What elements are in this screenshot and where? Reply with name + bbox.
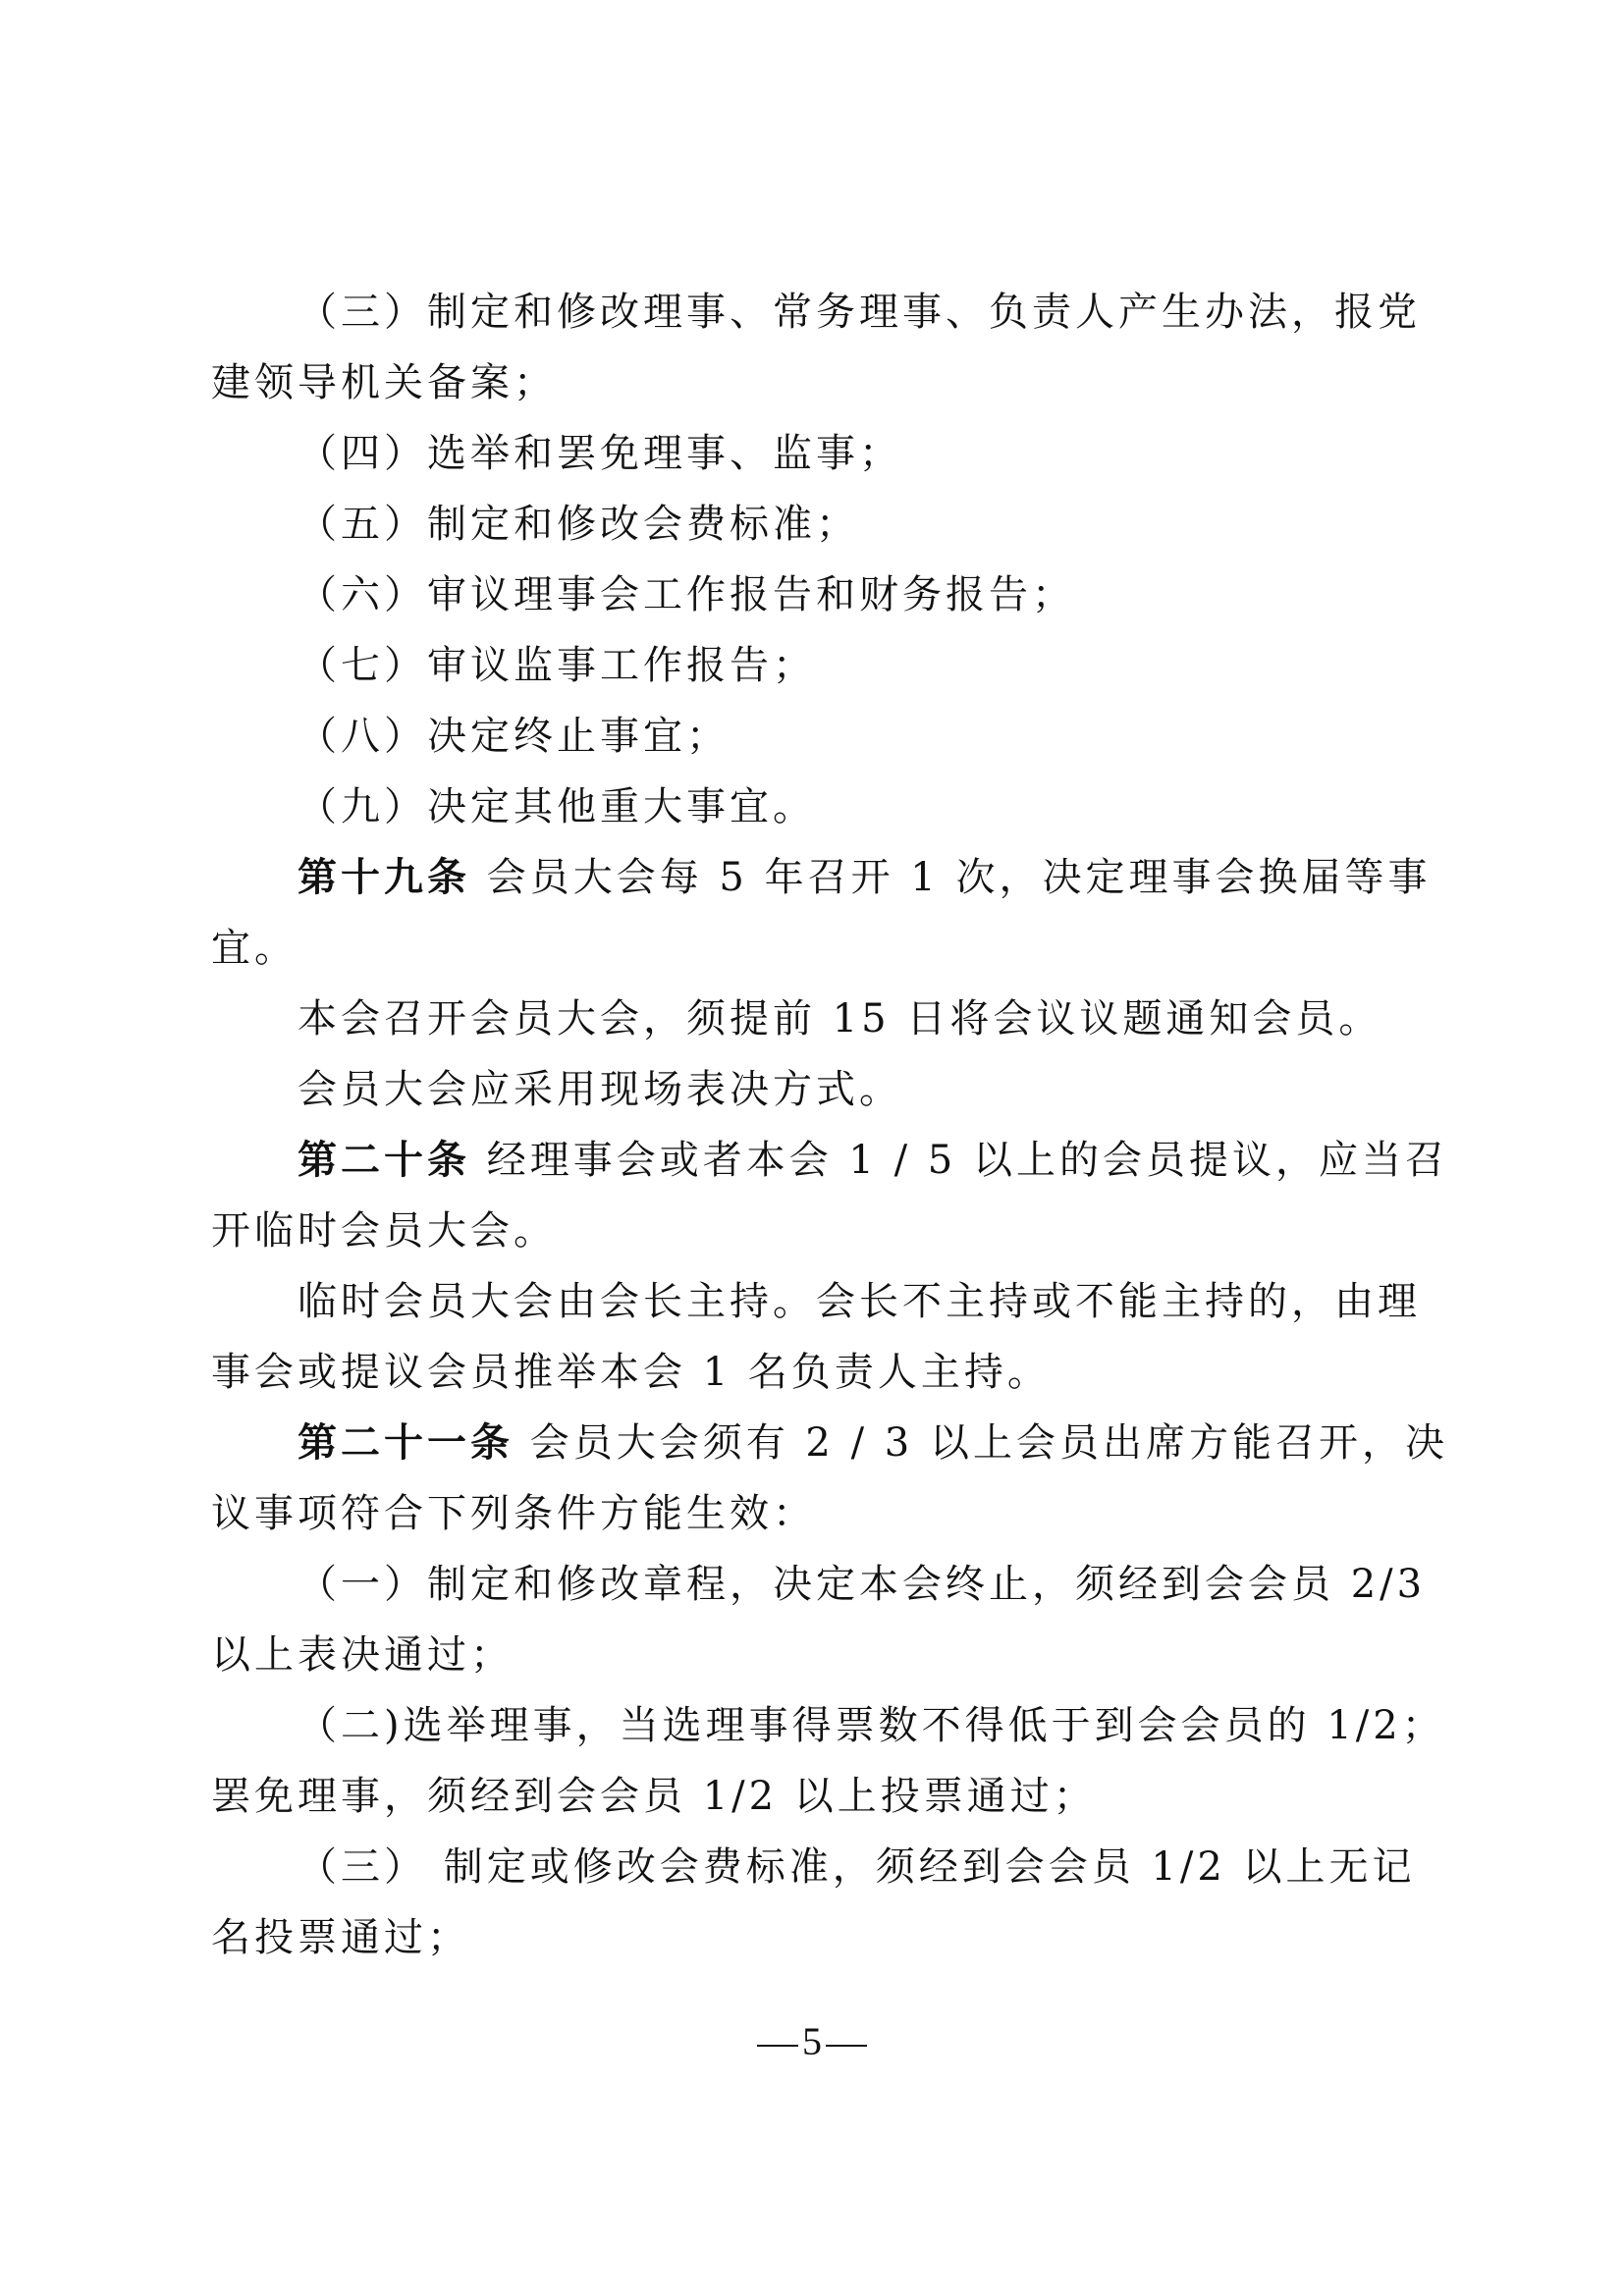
text-line: 议事项符合下列条件方能生效： xyxy=(211,1478,816,1549)
page-number: 5 xyxy=(802,2019,822,2063)
text-line: 临时会员大会由会长主持。会长不主持或不能主持的，由理 xyxy=(298,1266,1421,1337)
document-page: （三）制定和修改理事、常务理事、负责人产生办法，报党 建领导机关备案； （四）选… xyxy=(0,0,1624,2296)
text-line: 以上表决通过； xyxy=(211,1620,514,1690)
text-line: （一）制定和修改章程，决定本会终止，须经到会会员 2/3 xyxy=(298,1549,1426,1620)
text-line: 罢免理事，须经到会会员 1/2 以上投票通过； xyxy=(211,1761,1097,1832)
text-line: （九）决定其他重大事宜。 xyxy=(298,772,816,842)
text-line: （三） 制定或修改会费标准，须经到会会员 1/2 以上无记 xyxy=(298,1832,1416,1902)
text-line: 事会或提议会员推举本会 1 名负责人主持。 xyxy=(211,1337,1051,1408)
article-heading: 第二十一条 xyxy=(298,1419,514,1466)
dash-left xyxy=(757,2045,798,2047)
text-line: 名投票通过； xyxy=(211,1902,470,1973)
article-heading: 第十九条 xyxy=(298,854,470,900)
text-line: 本会召开会员大会，须提前 15 日将会议议题通知会员。 xyxy=(298,984,1381,1054)
text-line: 会员大会应采用现场表决方式。 xyxy=(298,1054,902,1125)
text-line: （二)选举理事，当选理事得票数不得低于到会会员的 1/2； xyxy=(298,1690,1445,1761)
text-line: （六）审议理事会工作报告和财务报告； xyxy=(298,560,1075,630)
text-line: 第二十条 经理事会或者本会 1 / 5 以上的会员提议，应当召 xyxy=(298,1125,1448,1196)
text-line: （五）制定和修改会费标准； xyxy=(298,489,859,560)
text-line: 第二十一条 会员大会须有 2 / 3 以上会员出席方能召开，决 xyxy=(298,1408,1448,1478)
text-line: 第十九条 会员大会每 5 年召开 1 次，决定理事会换届等事 xyxy=(298,842,1431,913)
text-line: （七）审议监事工作报告； xyxy=(298,630,816,701)
text-line: （四）选举和罢免理事、监事； xyxy=(298,418,902,489)
dash-right xyxy=(826,2045,867,2047)
text-line: （八）决定终止事宜； xyxy=(298,701,730,772)
text-line: （三）制定和修改理事、常务理事、负责人产生办法，报党 xyxy=(298,277,1421,347)
text-line: 宜。 xyxy=(211,913,298,984)
text-line: 建领导机关备案； xyxy=(211,347,557,418)
text-line: 开临时会员大会。 xyxy=(211,1196,557,1266)
article-heading: 第二十条 xyxy=(298,1137,470,1183)
page-footer: 5 xyxy=(0,2014,1624,2069)
